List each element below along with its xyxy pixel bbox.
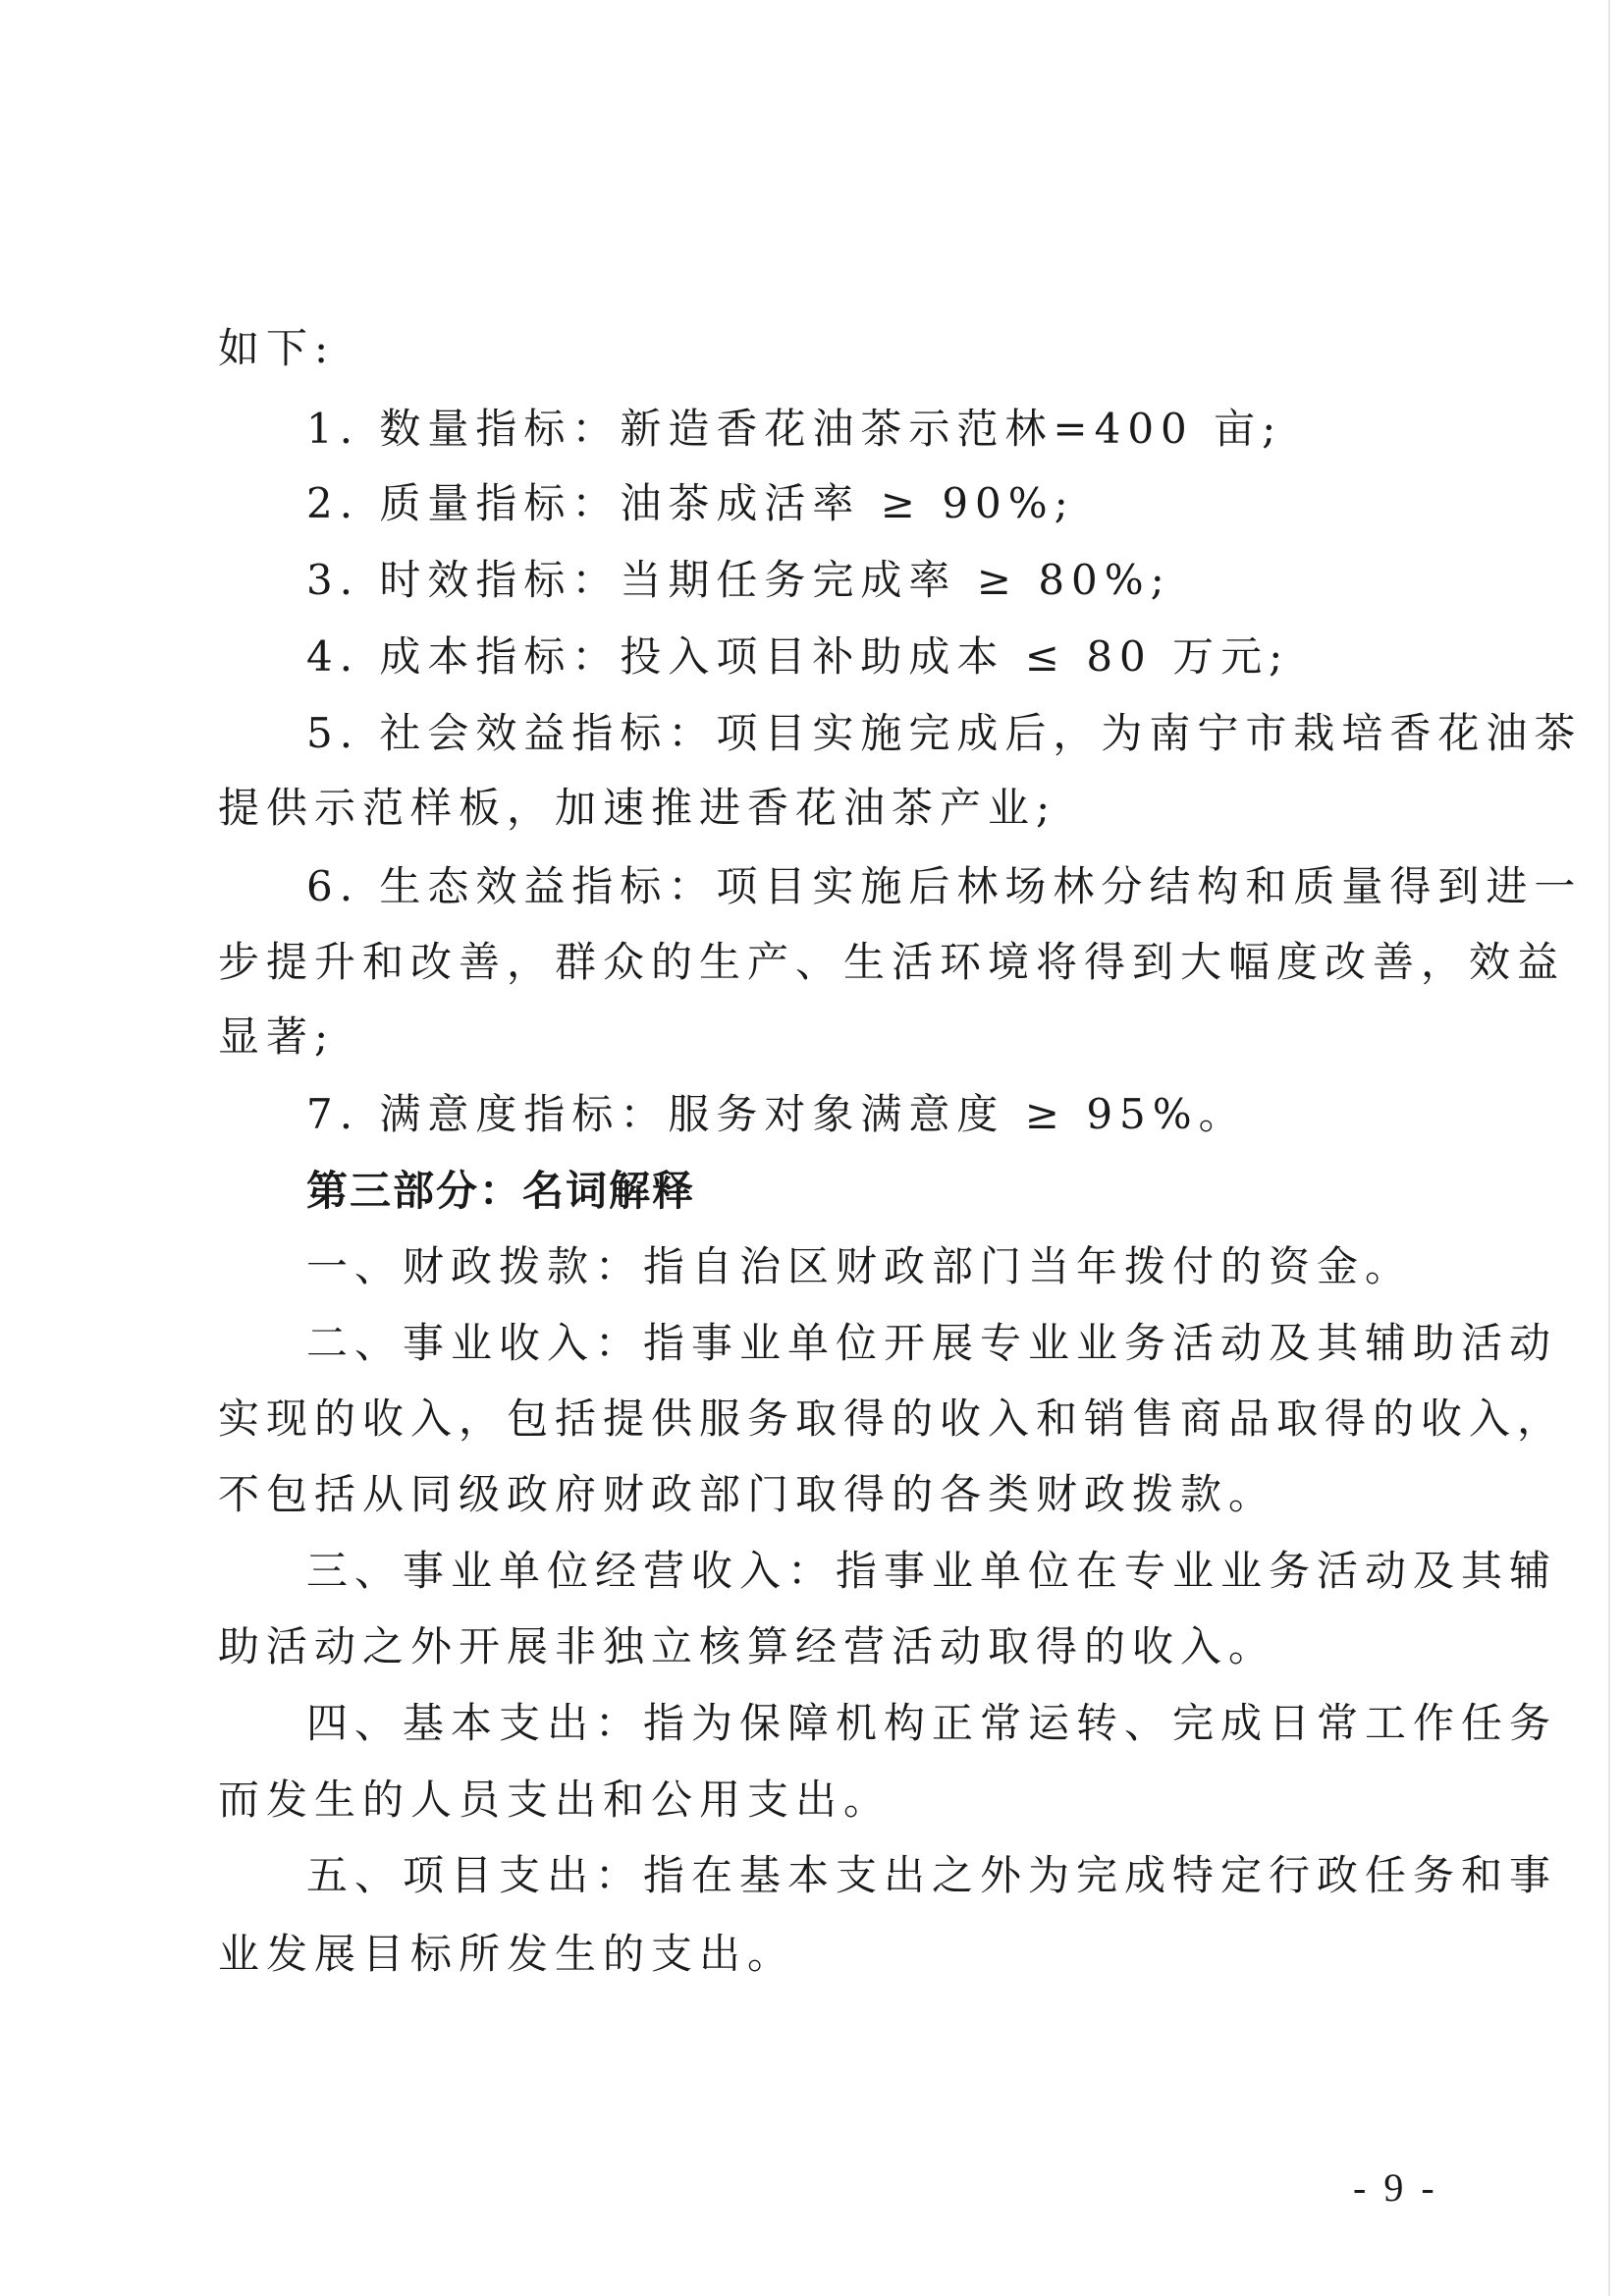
intro-text: 如下:: [218, 324, 1435, 373]
definition-business-income: 二、事业收入：指事业单位开展专业业务活动及其辅助活动: [306, 1319, 1435, 1368]
definition-business-income-cont: 实现的收入，包括提供服务取得的收入和销售商品取得的收入，: [218, 1394, 1435, 1444]
definition-operating-income-cont: 助活动之外开展非独立核算经营活动取得的收入。: [218, 1622, 1435, 1671]
definition-basic-expenditure: 四、基本支出：指为保障机构正常运转、完成日常工作任务: [306, 1699, 1435, 1748]
definition-business-income-end: 不包括从同级政府财政部门取得的各类财政拨款。: [218, 1470, 1435, 1519]
indicator-satisfaction: 7. 满意度指标：服务对象满意度 ≥ 95%。: [306, 1090, 1435, 1139]
section-heading: 第三部分：名词解释: [306, 1167, 1435, 1216]
indicator-ecological-benefit: 6. 生态效益指标：项目实施后林场林分结构和质量得到进一: [306, 862, 1435, 911]
indicator-social-benefit: 5. 社会效益指标：项目实施完成后，为南宁市栽培香花油茶: [306, 709, 1435, 758]
definition-basic-expenditure-cont: 而发生的人员支出和公用支出。: [218, 1776, 1435, 1825]
indicator-cost: 4. 成本指标：投入项目补助成本 ≤ 80 万元;: [306, 632, 1435, 682]
indicator-ecological-benefit-cont: 步提升和改善，群众的生产、生活环境将得到大幅度改善，效益: [218, 938, 1435, 987]
indicator-quantity: 1. 数量指标：新造香花油茶示范林=400 亩;: [306, 405, 1435, 454]
definition-fiscal-appropriation: 一、财政拨款：指自治区财政部门当年拨付的资金。: [306, 1242, 1435, 1291]
indicator-timeliness: 3. 时效指标：当期任务完成率 ≥ 80%;: [306, 556, 1435, 605]
definition-operating-income: 三、事业单位经营收入：指事业单位在专业业务活动及其辅: [306, 1547, 1435, 1596]
definition-project-expenditure-cont: 业发展目标所发生的支出。: [218, 1930, 1435, 1979]
document-page: 如下: 1. 数量指标：新造香花油茶示范林=400 亩; 2. 质量指标：油茶成…: [0, 0, 1623, 2296]
indicator-quality: 2. 质量指标：油茶成活率 ≥ 90%;: [306, 479, 1435, 528]
page-number: - 9 -: [1353, 2165, 1438, 2211]
definition-project-expenditure: 五、项目支出：指在基本支出之外为完成特定行政任务和事: [306, 1851, 1435, 1900]
indicator-social-benefit-cont: 提供示范样板，加速推进香花油茶产业;: [218, 784, 1435, 833]
indicator-ecological-benefit-end: 显著;: [218, 1012, 1435, 1062]
scan-edge-line: [1608, 0, 1610, 2296]
